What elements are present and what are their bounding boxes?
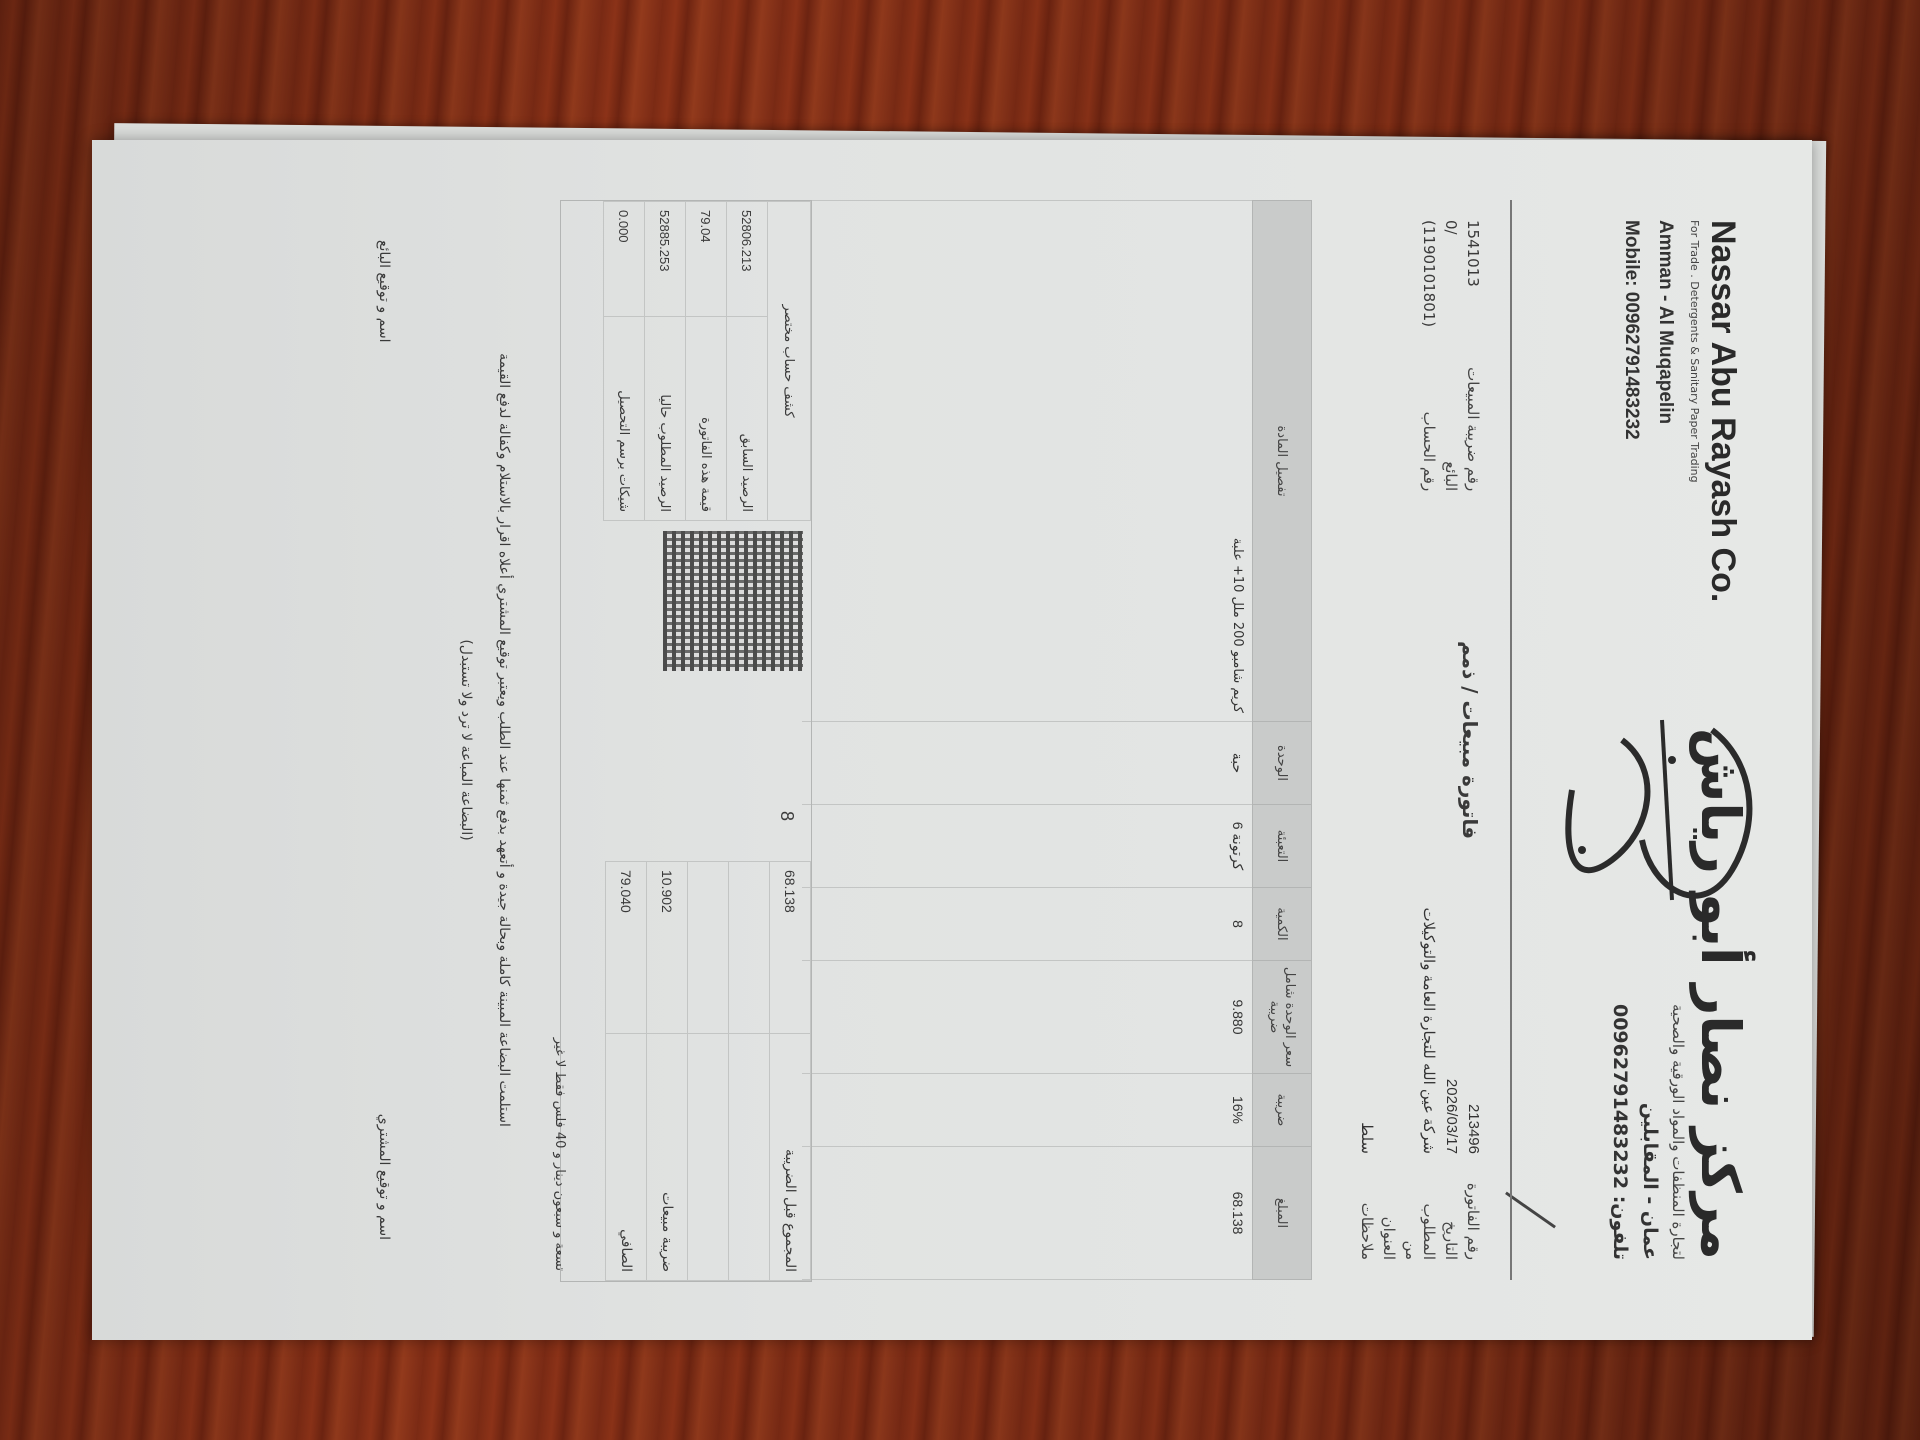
field-notes: ملاحظاتسلط [1358, 907, 1376, 1260]
company-tagline-en: For Trade . Detergents & Sanitary Paper … [1688, 220, 1701, 602]
buyer-signature-label: اسم و توقيع المشتري [376, 1114, 392, 1240]
account-row: الرصيد المطلوب حاليا52885.253 [645, 202, 686, 521]
invoice-header: مركز نصار أبو رياش لتجارة المنظفات والمو… [1522, 180, 1772, 1300]
no-return-note: (البضاعة المباعة لا ترد ولا تستبدل) [458, 200, 474, 1280]
account-row: الرصيد السابق52806.213 [727, 202, 768, 521]
invoice-title: فاتورة مبيعات / ذمم [1458, 641, 1482, 839]
item-unit: حبة [1224, 722, 1253, 805]
mobile-value: 00962791483232 [1621, 292, 1642, 440]
invoice-photo: مركز نصار أبو رياش لتجارة المنظفات والمو… [92, 140, 1812, 1340]
field-address: العنوان [1380, 907, 1398, 1260]
col-unit: الوحدة [1253, 722, 1312, 805]
terms-footer: استلمت البضاعة المبينة كاملة وبحالة جيدة… [458, 200, 512, 1280]
company-mobile-en: Mobile: 00962791483232 [1620, 220, 1642, 602]
account-row: قيمة هذه الفاتورة79.04 [686, 202, 727, 521]
totals-row: المجموع قبل الضريبة68.138 [770, 862, 811, 1281]
phone-value: 00962791483232 [1609, 1004, 1631, 1189]
col-unit-price: سعر الوحدة شامل ضريبة [1253, 961, 1312, 1074]
item-amount: 68.138 [1224, 1147, 1253, 1280]
col-description: تفصيل المادة [1253, 201, 1312, 722]
account-statement-title: كشف حساب مختصر [768, 202, 811, 521]
table-row: 68.138 16% 9.880 8 كرتونة 6 حبة كريم شام… [1224, 201, 1253, 1280]
mobile-label: Mobile: [1621, 220, 1642, 287]
totals-row [729, 862, 770, 1281]
field-customer: المطلوب منشركة عين الله للتجارة العامة و… [1402, 907, 1438, 1260]
seller-signature-label: اسم و توقيع البائع [376, 240, 392, 343]
summary-block: المجموع قبل الضريبة68.138 ضريبة مبيعات10… [560, 200, 812, 1282]
account-row: شيكات برسم التحصيل0.000 [604, 202, 645, 521]
tax-number-label: رقم ضريبة المبيعات [1464, 367, 1482, 491]
account-number-value: (1190101801) [1420, 220, 1438, 327]
empty-rows [802, 201, 1224, 1280]
terms-text: استلمت البضاعة المبينة كاملة وبحالة جيدة… [496, 200, 512, 1280]
totals-row: ضريبة مبيعات10.902 [647, 862, 688, 1281]
item-description: كريم شامبو 200 ملل 10+ علبة [1224, 201, 1253, 722]
item-tax: 16% [1224, 1074, 1253, 1147]
col-qty: الكمية [1253, 888, 1312, 961]
quantity-total: 8 [776, 811, 797, 821]
phone-label: تلفون: [1609, 1196, 1631, 1260]
tax-number-value: 1541013 [1464, 220, 1482, 327]
account-statement: كشف حساب مختصر الرصيد السابق52806.213 قي… [603, 201, 811, 521]
seller-value: 0/ [1442, 220, 1460, 327]
col-tax: ضريبة [1253, 1074, 1312, 1147]
item-qty: 8 [1224, 888, 1253, 961]
totals-row [688, 862, 729, 1281]
invoice-page: مركز نصار أبو رياش لتجارة المنظفات والمو… [92, 140, 1812, 1340]
col-pack: التعبئة [1253, 805, 1312, 888]
items-table: المبلغ ضريبة سعر الوحدة شامل ضريبة الكمي… [802, 200, 1312, 1280]
invoice-fields-left: 1541013 0/ (1190101801) رقم ضريبة المبيع… [1416, 220, 1482, 491]
invoice-fields-right: رقم الفاتورة213496 التاريخ2026/03/17 الم… [1354, 907, 1482, 1260]
company-address-en: Amman - Al Muqapelin [1654, 220, 1676, 602]
items-header-row: المبلغ ضريبة سعر الوحدة شامل ضريبة الكمي… [1253, 201, 1312, 1280]
col-amount: المبلغ [1253, 1147, 1312, 1280]
item-pack: كرتونة 6 [1224, 805, 1253, 888]
account-number-label: رقم الحساب [1420, 367, 1438, 491]
amount-in-words: تسعة و سبعون دينار و 40 فلس فقط لا غير [552, 191, 567, 1281]
totals-table: المجموع قبل الضريبة68.138 ضريبة مبيعات10… [605, 861, 811, 1281]
seller-label: البائع [1442, 367, 1460, 491]
field-date: التاريخ2026/03/17 [1442, 907, 1460, 1260]
qr-code-icon [663, 531, 803, 671]
totals-row-net: الصافي79.040 [606, 862, 647, 1281]
header-divider [1510, 200, 1512, 1280]
invoice-info: رقم الفاتورة213496 التاريخ2026/03/17 الم… [1312, 200, 1482, 1280]
calligraphy-logo-icon [1542, 700, 1772, 920]
field-invoice-number: رقم الفاتورة213496 [1464, 907, 1482, 1260]
company-english: Nassar Abu Rayash Co. For Trade . Deterg… [1620, 220, 1742, 602]
company-name-en: Nassar Abu Rayash Co. [1703, 220, 1742, 602]
item-unit-price: 9.880 [1224, 961, 1253, 1074]
